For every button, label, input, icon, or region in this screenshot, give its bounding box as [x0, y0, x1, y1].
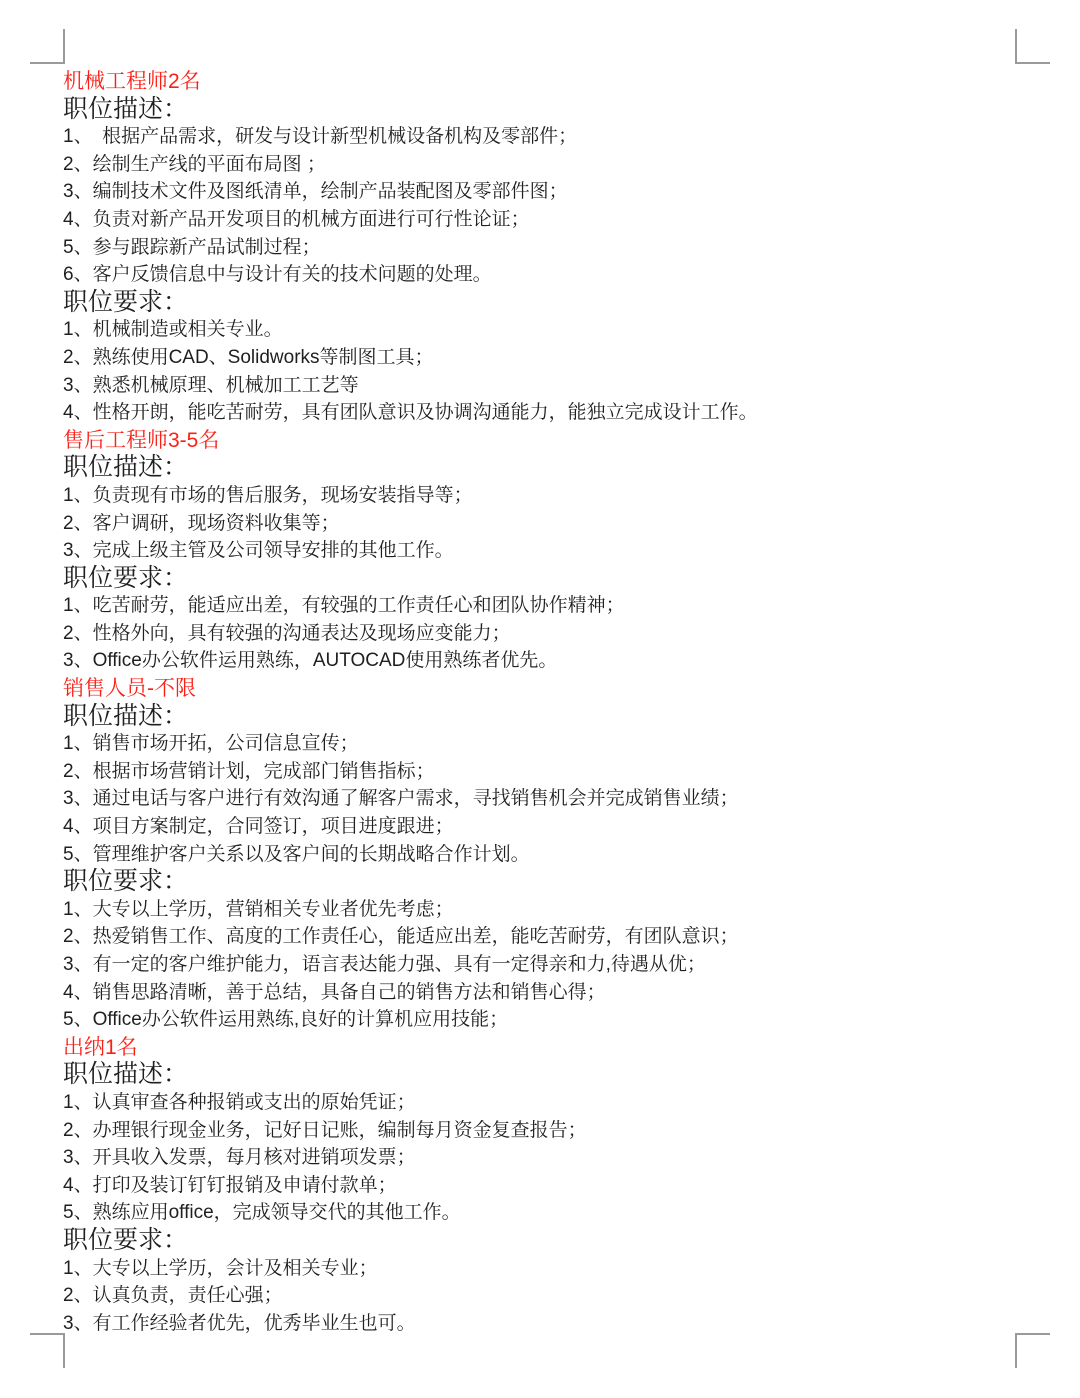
job-description-item: 6、客户反馈信息中与设计有关的技术问题的处理。	[63, 261, 1015, 289]
job-description-item: 1、 根据产品需求，研发与设计新型机械设备机构及零部件；	[63, 123, 1015, 151]
crop-mark-top-right	[1015, 29, 1050, 64]
job-requirements-item: 2、认真负责，责任心强；	[63, 1282, 1015, 1310]
job-description-item: 3、开具收入发票，每月核对进销项发票；	[63, 1144, 1015, 1172]
job-description-item: 2、绘制生产线的平面布局图 ；	[63, 151, 1015, 179]
job-requirements-item: 2、熟练使用CAD、Solidworks等制图工具；	[63, 344, 1015, 372]
job-requirements-item: 4、性格开朗，能吃苦耐劳，具有团队意识及协调沟通能力，能独立完成设计工作。	[63, 399, 1015, 427]
job-description-item: 4、负责对新产品开发项目的机械方面进行可行性论证；	[63, 206, 1015, 234]
job-requirements-label: 职位要求：	[63, 1227, 1015, 1255]
job-requirements-item: 4、销售思路清晰，善于总结，具备自己的销售方法和销售心得；	[63, 979, 1015, 1007]
job-description-item: 1、负责现有市场的售后服务，现场安装指导等；	[63, 482, 1015, 510]
job-requirements-item: 1、大专以上学历，营销相关专业者优先考虑；	[63, 896, 1015, 924]
crop-mark-bottom-left	[30, 1333, 65, 1368]
job-description-item: 2、根据市场营销计划，完成部门销售指标；	[63, 758, 1015, 786]
job-description-item: 5、参与跟踪新产品试制过程；	[63, 234, 1015, 262]
job-requirements-item: 2、性格外向，具有较强的沟通表达及现场应变能力；	[63, 620, 1015, 648]
job-description-item: 2、办理银行现金业务，记好日记账，编制每月资金复查报告；	[63, 1117, 1015, 1145]
document-content: 机械工程师2名职位描述：1、 根据产品需求，研发与设计新型机械设备机构及零部件；…	[63, 68, 1015, 1337]
job-requirements-item: 3、熟悉机械原理、机械加工工艺等	[63, 372, 1015, 400]
job-requirements-item: 2、热爱销售工作、高度的工作责任心，能适应出差，能吃苦耐劳，有团队意识；	[63, 923, 1015, 951]
job-description-item: 5、管理维护客户关系以及客户间的长期战略合作计划。	[63, 841, 1015, 869]
job-description-item: 2、客户调研，现场资料收集等；	[63, 510, 1015, 538]
job-description-item: 5、熟练应用office，完成领导交代的其他工作。	[63, 1199, 1015, 1227]
job-description-label: 职位描述：	[63, 454, 1015, 482]
job-description-item: 3、编制技术文件及图纸清单，绘制产品装配图及零部件图；	[63, 178, 1015, 206]
job-requirements-item: 3、有工作经验者优先，优秀毕业生也可。	[63, 1310, 1015, 1338]
job-requirements-item: 1、机械制造或相关专业。	[63, 316, 1015, 344]
crop-mark-bottom-right	[1015, 1333, 1050, 1368]
job-description-item: 3、完成上级主管及公司领导安排的其他工作。	[63, 537, 1015, 565]
job-description-label: 职位描述：	[63, 703, 1015, 731]
job-section-title: 机械工程师2名	[63, 68, 1015, 96]
job-requirements-label: 职位要求：	[63, 289, 1015, 317]
job-description-label: 职位描述：	[63, 96, 1015, 124]
job-section-title: 销售人员-不限	[63, 675, 1015, 703]
job-requirements-item: 3、Office办公软件运用熟练，AUTOCAD使用熟练者优先。	[63, 647, 1015, 675]
job-requirements-item: 1、吃苦耐劳，能适应出差，有较强的工作责任心和团队协作精神；	[63, 592, 1015, 620]
job-section-title: 出纳1名	[63, 1034, 1015, 1062]
job-description-item: 1、认真审查各种报销或支出的原始凭证；	[63, 1089, 1015, 1117]
crop-mark-top-left	[30, 29, 65, 64]
job-section-title: 售后工程师3-5名	[63, 427, 1015, 455]
job-description-item: 1、销售市场开拓，公司信息宣传；	[63, 730, 1015, 758]
job-description-item: 4、打印及装订钉钉报销及申请付款单；	[63, 1172, 1015, 1200]
job-requirements-item: 3、有一定的客户维护能力，语言表达能力强、具有一定得亲和力,待遇从优；	[63, 951, 1015, 979]
job-description-item: 4、项目方案制定，合同签订，项目进度跟进；	[63, 813, 1015, 841]
job-requirements-label: 职位要求：	[63, 565, 1015, 593]
job-requirements-item: 1、大专以上学历，会计及相关专业；	[63, 1255, 1015, 1283]
job-requirements-label: 职位要求：	[63, 868, 1015, 896]
job-requirements-item: 5、Office办公软件运用熟练,良好的计算机应用技能；	[63, 1006, 1015, 1034]
job-description-label: 职位描述：	[63, 1061, 1015, 1089]
job-description-item: 3、通过电话与客户进行有效沟通了解客户需求，寻找销售机会并完成销售业绩；	[63, 785, 1015, 813]
